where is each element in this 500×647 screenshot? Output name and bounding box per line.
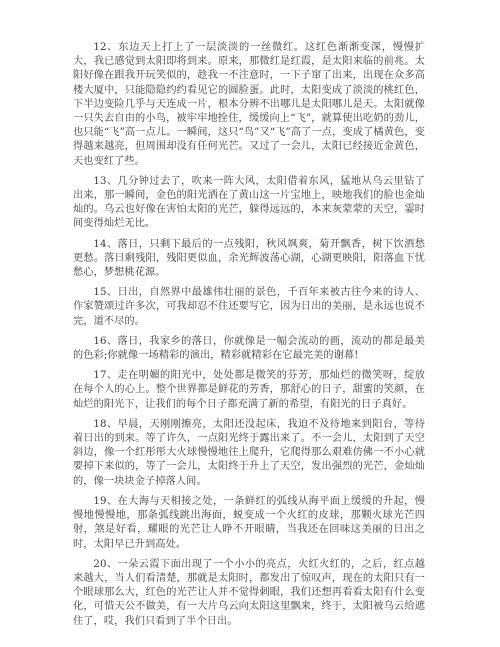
paragraph-17: 17、走在明媚的阳光中，处处都是微笑的芬芳，那灿烂的微笑呀，绽放在每个人的心上。… <box>73 369 425 412</box>
paragraph-16: 16、落日，我家乡的落日，你就像是一幅会流动的画，流动的都是最美的色彩;你就像一… <box>73 335 425 363</box>
paragraph-12: 12、东边天上打上了一层淡淡的一丝微红。这红色渐渐变深，慢慢扩大，我已感觉到太阳… <box>73 41 425 169</box>
paragraph-20: 20、一朵云霞下面出现了一个小小的亮点，火红火红的，之后，红点越来越大，当人们看… <box>73 558 425 629</box>
paragraph-18: 18、早晨，天刚刚擦亮，太阳还没起床，我迫不及待地来到阳台，等待着日出的到来。等… <box>73 418 425 489</box>
paragraph-13: 13、几分钟过去了，吹来一阵大风，太阳借着东风，猛地从乌云里钻了出来，那一瞬间，… <box>73 175 425 232</box>
paragraph-19: 19、在大海与天相接之处，一条鲜红的弧线从海平面上缓缓的升起，慢慢地慢慢地，那条… <box>73 495 425 552</box>
paragraph-14: 14、落日，只剩下最后的一点残阳，秋风飒爽，菊开飘香，树下饮酒愁更愁。落日剩残阳… <box>73 238 425 281</box>
paragraph-15: 15、日出，自然界中最雄伟壮丽的景色，千百年来被古往今来的诗人、作家赞颂过许多次… <box>73 286 425 329</box>
document-page: 12、东边天上打上了一层淡淡的一丝微红。这红色渐渐变深，慢慢扩大，我已感觉到太阳… <box>73 41 425 635</box>
